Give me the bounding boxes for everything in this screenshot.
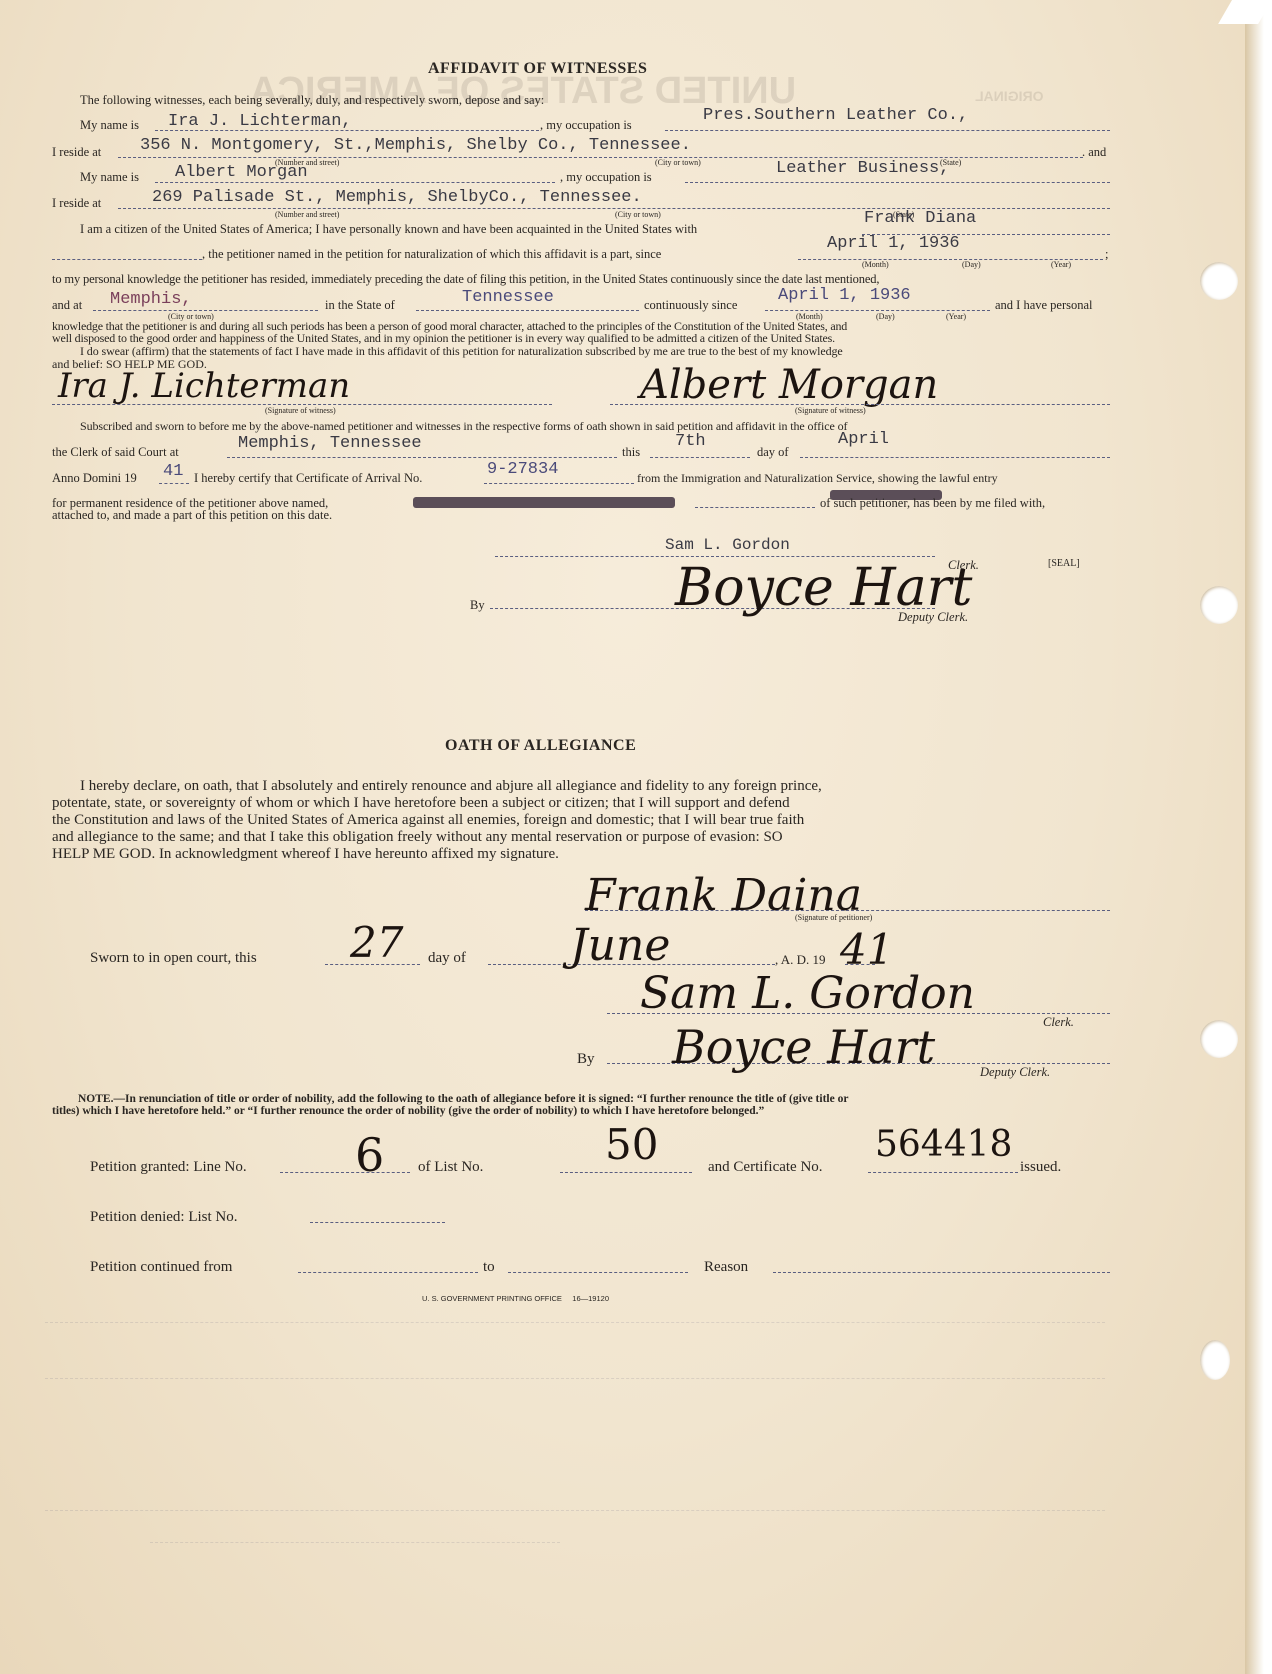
blank-line [695,507,815,508]
oath-line-2: potentate, state, or sovereignty of whom… [52,795,790,812]
and-at-label: and at [52,298,82,313]
anno-domini-label: Anno Domini 19 [52,471,137,486]
caption-number-street: (Number and street) [275,210,339,219]
continuous-date-line [765,310,990,311]
oath-clerk-signature: Sam L. Gordon [640,968,975,1019]
witness1-occupation-line [665,130,1110,131]
witness1-occupation: Pres.Southern Leather Co., [703,106,968,125]
witness2-address: 269 Palisade St., Memphis, ShelbyCo., Te… [152,188,642,207]
clerk-line [495,556,935,557]
bleed-line [45,1510,1105,1511]
day-line [650,457,750,458]
petitioner-signature-line [585,910,1110,911]
caption-year: (Year) [1051,260,1071,269]
witness1-address: 356 N. Montgomery, St.,Memphis, Shelby C… [140,136,691,155]
day-value: 7th [675,432,706,451]
caption-city-town: (City or town) [655,158,701,167]
list-no-line [560,1172,692,1173]
certificate-no: 564418 [875,1124,1012,1165]
ad-label: , A. D. 19 [775,952,826,968]
city-line [93,310,318,311]
anno-year: 41 [163,462,183,481]
bleed-line [150,1542,560,1543]
witness2-occupation-line [685,182,1110,183]
clerk-name: Sam L. Gordon [665,536,790,554]
list-no: 50 [605,1120,658,1169]
sworn-day-of-label: day of [428,950,466,967]
line-no-line [280,1172,410,1173]
issued-label: issued. [1020,1159,1061,1176]
petitioner-text: , the petitioner named in the petition f… [202,247,661,262]
attached-text: attached to, and made a part of this pet… [52,508,332,523]
witness1-and-label: . and [1082,145,1106,160]
witness2-occupation-label: , my occupation is [560,170,652,185]
such-petitioner-text: of such petitioner, has been by me filed… [820,496,1045,511]
oath-line-5: HELP ME GOD. In acknowledgment whereof I… [52,846,559,863]
citizen-text: I am a citizen of the United States of A… [80,222,697,237]
to-label: to [483,1259,495,1276]
continuous-date: April 1, 1936 [778,286,911,305]
oath-clerk-title: Clerk. [1043,1015,1074,1030]
deputy-clerk-signature: Boyce Hart [675,558,972,618]
punch-hole [1200,262,1238,300]
residence-text: to my personal knowledge the petitioner … [52,272,879,287]
from-text: from the Immigration and Naturalization … [637,471,998,486]
certificate-label: and Certificate No. [708,1159,823,1176]
state-label: in the State of [325,298,395,313]
certificate-no-line [868,1172,1018,1173]
oath-deputy-signature: Boyce Hart [672,1020,935,1074]
continued-label: Petition continued from [90,1259,232,1276]
month-line [800,457,1110,458]
caption-city-town: (City or town) [615,210,661,219]
granted-label: Petition granted: Line No. [90,1159,247,1176]
note-line-2: titles) which I have heretofore held.” o… [52,1105,764,1117]
witness1-occupation-label: , my occupation is [540,118,632,133]
sworn-day: 27 [350,918,403,967]
page-edge [1245,0,1272,1674]
bleed-line [45,1378,1105,1379]
note-line-1: NOTE.—In renunciation of title or order … [78,1093,848,1105]
sworn-month: June [570,920,670,971]
day-of-label: day of [757,445,789,460]
state-line [416,310,639,311]
struck-out-text [413,497,675,508]
seal-label: [SEAL] [1048,558,1080,569]
punch-hole [1200,1340,1230,1380]
anno-year-line [159,483,189,484]
petitioner-name: Frank Diana [864,209,976,228]
subscribed-text: Subscribed and sworn to before me by the… [80,419,847,434]
witness1-name-label: My name is [80,118,139,133]
witness2-name-line [155,182,555,183]
state-value: Tennessee [462,288,554,307]
denied-list-line [310,1222,445,1223]
bleed-through-original: ORIGINAL [975,88,1043,104]
caption-year: (Year) [946,312,966,321]
bleed-line [45,1322,1105,1323]
petitioner-name-line-cont [52,259,202,260]
punch-hole [1200,586,1238,624]
caption-day: (Day) [962,260,981,269]
witness2-signature: Albert Morgan [640,362,938,408]
personal-label: and I have personal [995,298,1093,313]
court-location-line [227,457,617,458]
continued-from-line [298,1272,478,1273]
oath-title: OATH OF ALLEGIANCE [445,737,636,755]
witness1-signature-line [52,404,552,405]
continued-to-line [508,1272,688,1273]
ad-year: 41 [840,925,893,974]
affidavit-intro: The following witnesses, each being seve… [80,93,544,108]
witness2-name: Albert Morgan [175,163,308,182]
arrival-no-line [484,483,634,484]
sworn-label: Sworn to in open court, this [90,950,257,967]
caption-month: (Month) [862,260,889,269]
oath-line-4: and allegiance to the same; and that I t… [52,829,783,846]
witness1-address-line [118,157,1083,158]
denied-label: Petition denied: List No. [90,1209,238,1226]
reason-label: Reason [704,1259,748,1276]
caption-day: (Day) [876,312,895,321]
semicolon: ; [1105,247,1108,262]
caption-signature-petitioner: (Signature of petitioner) [795,913,872,922]
witness2-reside-label: I reside at [52,196,101,211]
court-location: Memphis, Tennessee [238,434,422,453]
list-label: of List No. [418,1159,483,1176]
certify-text: I hereby certify that Certificate of Arr… [194,471,422,486]
this-label: this [622,445,640,460]
by-label: By [470,598,485,613]
since-date: April 1, 1936 [827,234,960,253]
oath-deputy-title: Deputy Clerk. [980,1065,1050,1080]
month-value: April [838,430,889,449]
caption-signature-witness: (Signature of witness) [795,406,866,415]
oath-line-1: I hereby declare, on oath, that I absolu… [80,778,822,795]
witness1-signature: Ira J. Lichterman [58,366,350,406]
oath-clerk-line [607,1013,1110,1014]
city-value: Memphis, [110,290,192,309]
line-no: 6 [355,1128,384,1182]
deputy-clerk-title: Deputy Clerk. [898,610,968,625]
reason-line [773,1272,1110,1273]
oath-by-label: By [577,1051,595,1068]
witness1-name: Ira J. Lichterman, [168,112,352,131]
witness2-name-label: My name is [80,170,139,185]
witness1-reside-label: I reside at [52,145,101,160]
caption-signature-witness: (Signature of witness) [265,406,336,415]
printer-imprint: U. S. GOVERNMENT PRINTING OFFICE 16—1912… [422,1294,609,1303]
arrival-no: 9-27834 [487,460,558,479]
affidavit-title: AFFIDAVIT OF WITNESSES [428,60,647,78]
continuously-label: continuously since [644,298,737,313]
punch-hole [1200,1020,1238,1058]
clerk-court-label: the Clerk of said Court at [52,445,179,460]
witness2-occupation: Leather Business, [776,159,949,178]
oath-line-3: the Constitution and laws of the United … [52,812,804,829]
witness2-signature-line [610,404,1110,405]
